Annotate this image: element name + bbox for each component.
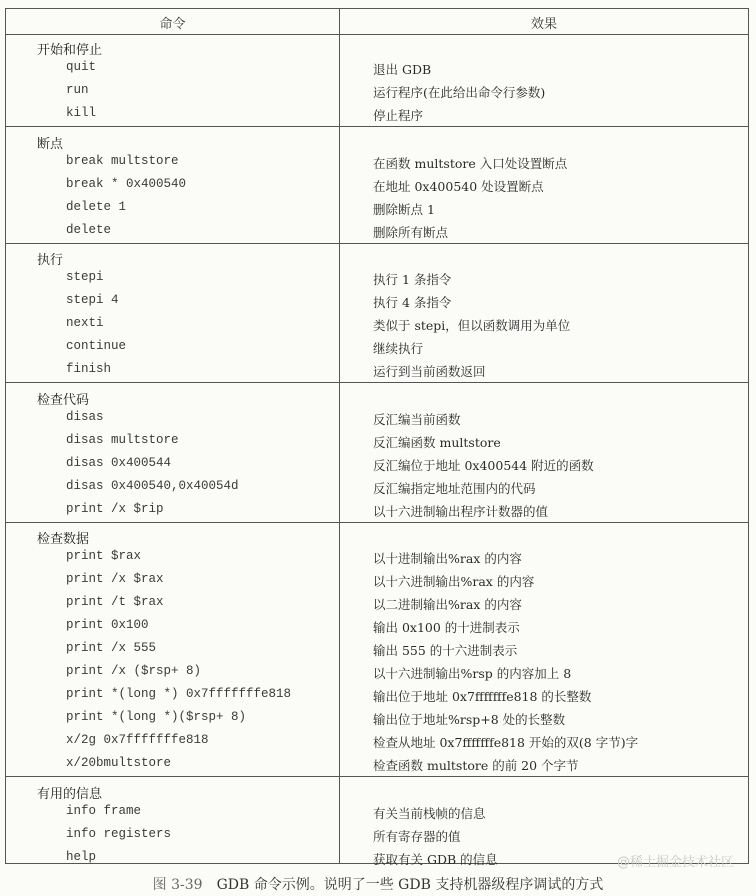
table-row: disas multstore反汇编函数 multstore (6, 430, 748, 453)
effect-cell: 删除所有断点 (373, 223, 448, 241)
gdb-command-table: 命令 效果 开始和停止quit退出 GDBrun运行程序(在此给出命令行参数)k… (5, 8, 749, 864)
effect-cell: 以十六进制输出%rax 的内容 (373, 572, 534, 590)
command-cell: continue (66, 339, 126, 353)
effect-cell: 类似于 stepi，但以函数调用为单位 (373, 316, 570, 334)
header-command: 命令 (6, 13, 339, 32)
command-cell: stepi (66, 270, 104, 284)
effect-cell: 运行到当前函数返回 (373, 362, 486, 380)
command-cell: delete (66, 223, 111, 237)
section: 检查代码disas反汇编当前函数disas multstore反汇编函数 mul… (6, 384, 748, 523)
section: 检查数据print $rax以十进制输出%rax 的内容print /x $ra… (6, 523, 748, 777)
caption-text: GDB 命令示例。说明了一些 GDB 支持机器级程序调试的方式 (217, 877, 604, 893)
effect-cell: 有关当前栈帧的信息 (373, 804, 486, 822)
figure-caption: 图 3-39GDB 命令示例。说明了一些 GDB 支持机器级程序调试的方式 (0, 874, 756, 894)
command-cell: info registers (66, 827, 171, 841)
table-row: finish运行到当前函数返回 (6, 359, 748, 382)
effect-cell: 执行 1 条指令 (373, 270, 451, 288)
table-row: stepi执行 1 条指令 (6, 267, 748, 290)
section-title: 执行 (37, 249, 63, 268)
command-cell: x/20bmultstore (66, 756, 171, 770)
effect-cell: 在地址 0x400540 处设置断点 (373, 177, 544, 195)
section-title: 断点 (37, 133, 63, 152)
effect-cell: 执行 4 条指令 (373, 293, 451, 311)
table-row: continue继续执行 (6, 336, 748, 359)
table-header: 命令 效果 (6, 9, 748, 35)
command-cell: print /x ($rsp+ 8) (66, 664, 201, 678)
table-row: print /x $rip以十六进制输出程序计数器的值 (6, 499, 748, 522)
table-row: disas反汇编当前函数 (6, 407, 748, 430)
table-row: print 0x100输出 0x100 的十进制表示 (6, 615, 748, 638)
effect-cell: 获取有关 GDB 的信息 (373, 850, 498, 868)
command-cell: print /x $rip (66, 502, 164, 516)
table-row: print $rax以十进制输出%rax 的内容 (6, 546, 748, 569)
table-row: run运行程序(在此给出命令行参数) (6, 80, 748, 103)
command-cell: help (66, 850, 96, 864)
table-row: info frame有关当前栈帧的信息 (6, 801, 748, 824)
section: 开始和停止quit退出 GDBrun运行程序(在此给出命令行参数)kill停止程… (6, 34, 748, 127)
command-cell: disas 0x400540,0x40054d (66, 479, 239, 493)
table-row: disas 0x400544反汇编位于地址 0x400544 附近的函数 (6, 453, 748, 476)
table-row: print /x ($rsp+ 8)以十六进制输出%rsp 的内容加上 8 (6, 661, 748, 684)
table-row: quit退出 GDB (6, 57, 748, 80)
effect-cell: 反汇编指定地址范围内的代码 (373, 479, 536, 497)
command-cell: disas (66, 410, 104, 424)
command-cell: quit (66, 60, 96, 74)
command-cell: break multstore (66, 154, 179, 168)
table-row: info registers所有寄存器的值 (6, 824, 748, 847)
effect-cell: 在函数 multstore 入口处设置断点 (373, 154, 567, 172)
table-row: kill停止程序 (6, 103, 748, 126)
effect-cell: 输出 555 的十六进制表示 (373, 641, 517, 659)
effect-cell: 退出 GDB (373, 60, 431, 78)
command-cell: run (66, 83, 89, 97)
table-row: break multstore在函数 multstore 入口处设置断点 (6, 151, 748, 174)
command-cell: finish (66, 362, 111, 376)
watermark: @稀土掘金技术社区 (617, 851, 734, 870)
section: 执行stepi执行 1 条指令stepi 4执行 4 条指令nexti类似于 s… (6, 244, 748, 383)
effect-cell: 运行程序(在此给出命令行参数) (373, 83, 545, 101)
section-title: 检查数据 (37, 528, 89, 547)
effect-cell: 检查函数 multstore 的前 20 个字节 (373, 756, 579, 774)
effect-cell: 以二进制输出%rax 的内容 (373, 595, 522, 613)
effect-cell: 反汇编当前函数 (373, 410, 461, 428)
table-row: delete删除所有断点 (6, 220, 748, 243)
command-cell: stepi 4 (66, 293, 119, 307)
section-title: 检查代码 (37, 389, 89, 408)
table-row: print /x 555输出 555 的十六进制表示 (6, 638, 748, 661)
table-row: disas 0x400540,0x40054d反汇编指定地址范围内的代码 (6, 476, 748, 499)
table-row: print /x $rax以十六进制输出%rax 的内容 (6, 569, 748, 592)
command-cell: print $rax (66, 549, 141, 563)
section: 断点break multstore在函数 multstore 入口处设置断点br… (6, 128, 748, 244)
table-row: x/20bmultstore检查函数 multstore 的前 20 个字节 (6, 753, 748, 776)
table-row: stepi 4执行 4 条指令 (6, 290, 748, 313)
table-row: print *(long *)($rsp+ 8)输出位于地址%rsp+8 处的长… (6, 707, 748, 730)
table-row: print *(long *) 0x7fffffffe818输出位于地址 0x7… (6, 684, 748, 707)
section-title: 开始和停止 (37, 39, 102, 58)
effect-cell: 反汇编位于地址 0x400544 附近的函数 (373, 456, 594, 474)
table-row: delete 1删除断点 1 (6, 197, 748, 220)
figure-number: 图 3-39 (153, 877, 203, 893)
command-cell: print /t $rax (66, 595, 164, 609)
command-cell: break * 0x400540 (66, 177, 186, 191)
command-cell: print /x 555 (66, 641, 156, 655)
table-row: print /t $rax以二进制输出%rax 的内容 (6, 592, 748, 615)
section-title: 有用的信息 (37, 783, 102, 802)
effect-cell: 检查从地址 0x7fffffffe818 开始的双(8 字节)字 (373, 733, 638, 751)
effect-cell: 以十六进制输出程序计数器的值 (373, 502, 548, 520)
command-cell: disas multstore (66, 433, 179, 447)
effect-cell: 反汇编函数 multstore (373, 433, 501, 451)
effect-cell: 输出 0x100 的十进制表示 (373, 618, 520, 636)
effect-cell: 以十六进制输出%rsp 的内容加上 8 (373, 664, 571, 682)
command-cell: print /x $rax (66, 572, 164, 586)
command-cell: print *(long *)($rsp+ 8) (66, 710, 246, 724)
command-cell: info frame (66, 804, 141, 818)
command-cell: nexti (66, 316, 104, 330)
table-row: nexti类似于 stepi，但以函数调用为单位 (6, 313, 748, 336)
effect-cell: 所有寄存器的值 (373, 827, 461, 845)
effect-cell: 输出位于地址 0x7fffffffe818 的长整数 (373, 687, 591, 705)
effect-cell: 输出位于地址%rsp+8 处的长整数 (373, 710, 565, 728)
command-cell: x/2g 0x7fffffffe818 (66, 733, 209, 747)
command-cell: print 0x100 (66, 618, 149, 632)
table-row: break * 0x400540在地址 0x400540 处设置断点 (6, 174, 748, 197)
command-cell: print *(long *) 0x7fffffffe818 (66, 687, 291, 701)
effect-cell: 继续执行 (373, 339, 423, 357)
command-cell: kill (66, 106, 96, 120)
command-cell: delete 1 (66, 200, 126, 214)
command-cell: disas 0x400544 (66, 456, 171, 470)
table-row: x/2g 0x7fffffffe818检查从地址 0x7fffffffe818 … (6, 730, 748, 753)
effect-cell: 删除断点 1 (373, 200, 435, 218)
effect-cell: 以十进制输出%rax 的内容 (373, 549, 522, 567)
header-effect: 效果 (340, 13, 748, 32)
effect-cell: 停止程序 (373, 106, 423, 124)
